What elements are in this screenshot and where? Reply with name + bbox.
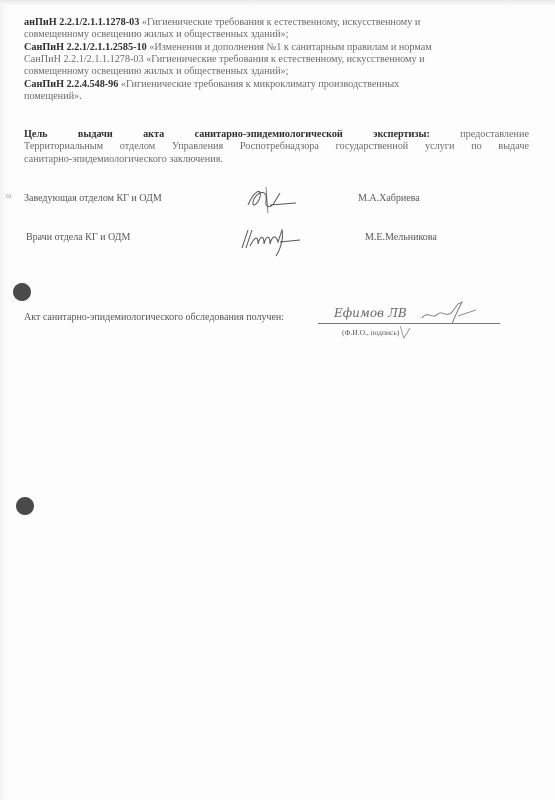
receipt-handwritten-name: Ефимов ЛВ — [334, 306, 407, 320]
regulation-code: СанПиН 2.2.1/2.1.1.2585-10 — [24, 42, 147, 53]
regulation-code: анПиН 2.2.1/2.1.1.1278-03 — [24, 17, 139, 28]
punch-hole — [13, 283, 31, 301]
regulation-text: «Гигиенические требования к естественном… — [139, 17, 420, 28]
regulation-item: СанПиН 2.2.1/2.1.1.2585-10 «Изменения и … — [24, 42, 524, 54]
receipt-caption: (Ф.И.О., подпись) — [342, 328, 399, 337]
regulation-continuation: совмещенному освещению жилых и обществен… — [24, 29, 288, 40]
signature-icon — [240, 183, 300, 215]
signatory-position: Врачи отдела КГ и ОДМ — [26, 232, 130, 243]
purpose-label-word: экспертизы: — [373, 129, 430, 141]
regulation-code: СанПиН 2.2.4.548-96 — [24, 79, 118, 90]
punch-hole — [16, 497, 34, 515]
purpose-label-word: Цель — [24, 129, 48, 141]
scan-shadow — [0, 0, 555, 6]
purpose-text: предоставление — [460, 129, 529, 141]
purpose-label-word: санитарно-эпидемиологической — [195, 129, 343, 141]
signature-icon — [236, 222, 316, 258]
signatory-position: Заведующая отделом КГ и ОДМ — [24, 193, 162, 204]
regulation-item: СанПиН 2.2.4.548-96 «Гигиенические требо… — [24, 79, 524, 104]
purpose-paragraph: Цель выдачи акта санитарно-эпидемиологич… — [24, 129, 529, 166]
signature-icon — [418, 298, 478, 326]
signatory-name: М.А.Хабриева — [358, 193, 420, 204]
regulation-item: анПиН 2.2.1/2.1.1.1278-03 «Гигиенические… — [24, 17, 524, 42]
regulation-text: «Гигиенические требования к естественном… — [144, 54, 425, 65]
scanned-page: анПиН 2.2.1/2.1.1.1278-03 «Гигиенические… — [0, 0, 555, 800]
purpose-text: Территориальным отделом Управления Роспо… — [24, 141, 529, 153]
receipt-label: Акт санитарно-эпидемиологического обслед… — [24, 312, 284, 323]
regulation-text: «Гигиенические требования к микроклимату… — [118, 79, 399, 90]
regulation-text: «Изменения и дополнения №1 к санитарным … — [147, 42, 432, 53]
regulation-continuation: совмещенному освещению жилых и обществен… — [24, 66, 288, 77]
purpose-label-word: акта — [143, 129, 164, 141]
purpose-text: санитарно-эпидемиологического заключения… — [24, 154, 529, 166]
regulation-continuation: помещений». — [24, 91, 82, 102]
signatory-name: М.Е.Мельникова — [365, 232, 437, 243]
purpose-label-word: выдачи — [78, 129, 113, 141]
signature-stroke-icon — [398, 324, 412, 340]
regulation-code: СанПиН 2.2.1/2.1.1.1278-03 — [24, 54, 144, 65]
margin-mark: ω — [6, 191, 11, 200]
regulation-item: СанПиН 2.2.1/2.1.1.1278-03 «Гигиенически… — [24, 54, 524, 79]
